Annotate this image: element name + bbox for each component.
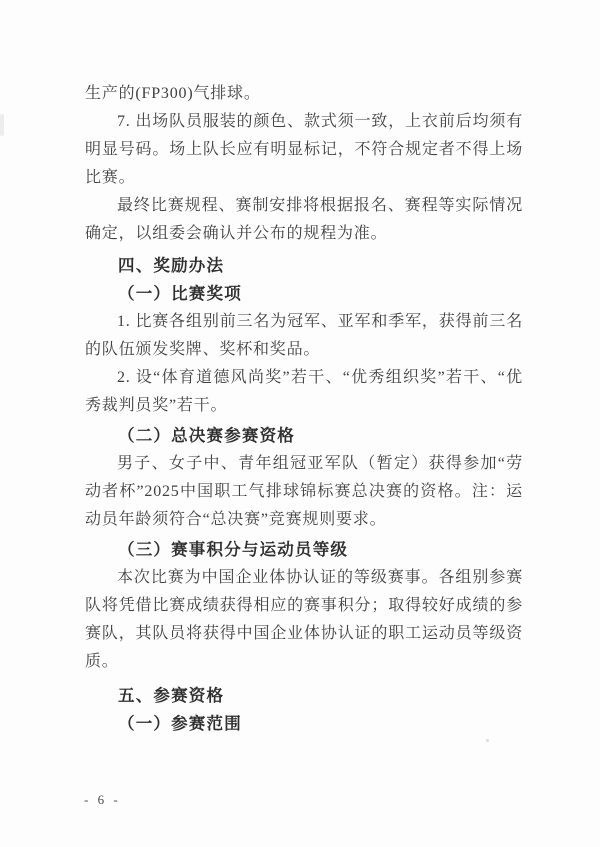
document-content: 生产的(FP300)气排球。 7. 出场队员服装的颜色、款式须一致，上衣前后均须… bbox=[85, 80, 523, 738]
paragraph-final-schedule: 最终比赛规程、赛制安排将根据报名、赛程等实际情况确定，以组委会确认并公布的规程为… bbox=[85, 192, 523, 248]
paragraph-ball-spec: 生产的(FP300)气排球。 bbox=[85, 80, 523, 108]
page-number: - 6 - bbox=[84, 792, 121, 808]
scan-smudge-artifact bbox=[0, 114, 4, 136]
paragraph-uniform-rule: 7. 出场队员服装的颜色、款式须一致，上衣前后均须有明显号码。场上队长应有明显标… bbox=[85, 108, 523, 192]
heading-section5-eligibility: 五、参赛资格 bbox=[85, 682, 523, 710]
paragraph-finals-quota: 男子、女子中、青年组冠亚军队（暂定）获得参加“劳动者杯”2025中国职工气排球锦… bbox=[85, 450, 523, 534]
heading-4-3-points-grades: （三）赛事积分与运动员等级 bbox=[85, 536, 523, 564]
heading-5-1-scope: （一）参赛范围 bbox=[85, 710, 523, 738]
heading-section4-awards: 四、奖励办法 bbox=[85, 252, 523, 280]
scan-dot-artifact bbox=[486, 739, 489, 742]
heading-4-2-finals-quota: （二）总决赛参赛资格 bbox=[85, 422, 523, 450]
document-page: 生产的(FP300)气排球。 7. 出场队员服装的颜色、款式须一致，上衣前后均须… bbox=[0, 0, 600, 847]
paragraph-prizes-top3: 1. 比赛各组别前三名为冠军、亚军和季军，获得前三名的队伍颁发奖牌、奖杯和奖品。 bbox=[85, 308, 523, 364]
heading-4-1-prizes: （一）比赛奖项 bbox=[85, 280, 523, 308]
paragraph-prizes-special: 2. 设“体育道德风尚奖”若干、“优秀组织奖”若干、“优秀裁判员奖”若干。 bbox=[85, 364, 523, 420]
paragraph-points-grades: 本次比赛为中国企业体协认证的等级赛事。各组别参赛队将凭借比赛成绩获得相应的赛事积… bbox=[85, 564, 523, 676]
